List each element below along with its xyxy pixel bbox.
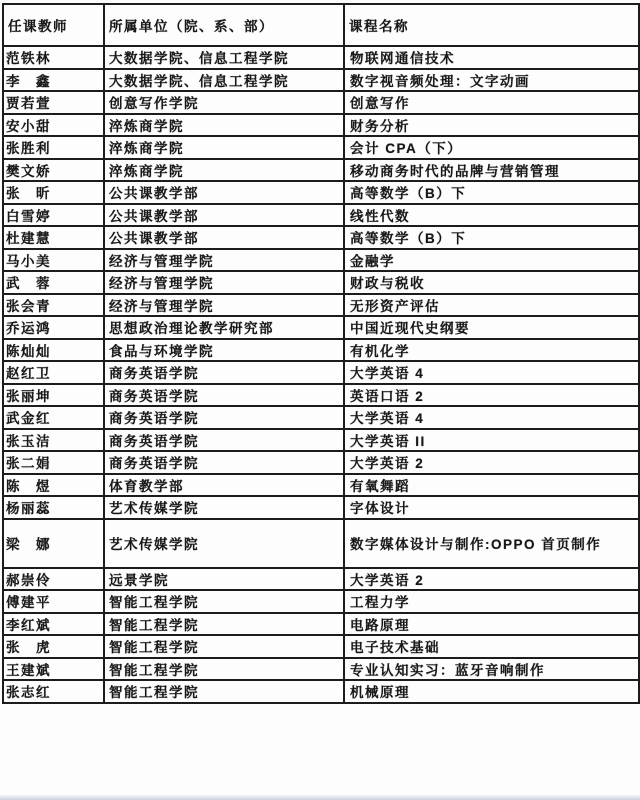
teacher-name-cell: 郝崇伶 [3,568,104,591]
teacher-name-cell: 张二娟 [3,451,104,474]
course-name-cell: 大学英语 4 [344,361,639,384]
table-row: 赵红卫 商务英语学院 大学英语 4 [3,361,639,384]
department-cell: 经济与管理学院 [104,249,344,272]
course-name-cell: 线性代数 [344,204,639,227]
teacher-name-cell: 王建斌 [3,658,104,681]
department-cell: 艺术传媒学院 [104,496,344,519]
department-cell: 公共课教学部 [104,181,344,204]
department-cell: 智能工程学院 [104,680,344,703]
teacher-name-cell: 武金红 [3,406,104,429]
teacher-name-cell: 傅建平 [3,590,104,613]
department-cell: 创意写作学院 [104,91,344,114]
teacher-name-cell: 陈 煜 [3,474,104,497]
department-cell: 远景学院 [104,568,344,591]
document-page: 任课教师 所属单位（院、系、部） 课程名称 范铁林 大数据学院、信息工程学院 物… [0,0,640,800]
course-name-cell: 专业认知实习：蓝牙音响制作 [344,658,639,681]
course-name-cell: 大学英语 2 [344,568,639,591]
teacher-name-cell: 武 蓉 [3,271,104,294]
table-row: 安小甜 淬炼商学院 财务分析 [3,114,639,137]
teacher-name-cell: 张玉洁 [3,429,104,452]
teacher-name-cell: 陈灿灿 [3,339,104,362]
course-name-cell: 数字视音频处理：文字动画 [344,69,639,92]
table-row: 范铁林 大数据学院、信息工程学院 物联网通信技术 [3,46,639,69]
table-row: 贾若萱 创意写作学院 创意写作 [3,91,639,114]
course-name-cell: 字体设计 [344,496,639,519]
course-name-cell: 工程力学 [344,590,639,613]
teacher-name-cell: 梁 娜 [3,519,104,568]
page-bottom-edge [0,795,640,800]
course-name-cell: 移动商务时代的品牌与营销管理 [344,159,639,182]
teacher-name-cell: 张 虎 [3,635,104,658]
teacher-name-cell: 杨丽蕊 [3,496,104,519]
column-header-teacher: 任课教师 [3,4,104,46]
course-name-cell: 大学英语 4 [344,406,639,429]
table-row: 傅建平 智能工程学院 工程力学 [3,590,639,613]
course-name-cell: 无形资产评估 [344,294,639,317]
department-cell: 大数据学院、信息工程学院 [104,46,344,69]
table-row: 杨丽蕊 艺术传媒学院 字体设计 [3,496,639,519]
department-cell: 智能工程学院 [104,658,344,681]
table-row: 郝崇伶 远景学院 大学英语 2 [3,568,639,591]
course-name-cell: 数字媒体设计与制作:OPPO 首页制作 [344,519,639,568]
department-cell: 智能工程学院 [104,613,344,636]
department-cell: 大数据学院、信息工程学院 [104,69,344,92]
teacher-name-cell: 张 昕 [3,181,104,204]
table-row: 武金红 商务英语学院 大学英语 4 [3,406,639,429]
table-row: 张丽坤 商务英语学院 英语口语 2 [3,384,639,407]
teacher-name-cell: 李红斌 [3,613,104,636]
department-cell: 商务英语学院 [104,429,344,452]
table-row: 张二娟 商务英语学院 大学英语 2 [3,451,639,474]
course-name-cell: 大学英语 2 [344,451,639,474]
department-cell: 体育教学部 [104,474,344,497]
header-row: 任课教师 所属单位（院、系、部） 课程名称 [3,4,639,46]
course-name-cell: 英语口语 2 [344,384,639,407]
course-name-cell: 财政与税收 [344,271,639,294]
table-row: 张玉洁 商务英语学院 大学英语 II [3,429,639,452]
course-name-cell: 创意写作 [344,91,639,114]
table-row: 杜建慧 公共课教学部 高等数学（B）下 [3,226,639,249]
teacher-name-cell: 张会青 [3,294,104,317]
table-row: 张志红 智能工程学院 机械原理 [3,680,639,703]
teacher-name-cell: 马小美 [3,249,104,272]
department-cell: 商务英语学院 [104,406,344,429]
table-row: 武 蓉 经济与管理学院 财政与税收 [3,271,639,294]
teacher-name-cell: 乔运鸿 [3,316,104,339]
course-name-cell: 电路原理 [344,613,639,636]
department-cell: 商务英语学院 [104,451,344,474]
table-body: 范铁林 大数据学院、信息工程学院 物联网通信技术 李 鑫 大数据学院、信息工程学… [3,46,639,703]
course-name-cell: 中国近现代史纲要 [344,316,639,339]
department-cell: 智能工程学院 [104,590,344,613]
department-cell: 经济与管理学院 [104,271,344,294]
course-name-cell: 电子技术基础 [344,635,639,658]
department-cell: 淬炼商学院 [104,114,344,137]
table-row: 樊文娇 淬炼商学院 移动商务时代的品牌与营销管理 [3,159,639,182]
course-name-cell: 大学英语 II [344,429,639,452]
teacher-name-cell: 张胜利 [3,136,104,159]
table-row: 白雪婷 公共课教学部 线性代数 [3,204,639,227]
department-cell: 淬炼商学院 [104,159,344,182]
teacher-name-cell: 白雪婷 [3,204,104,227]
table-row: 陈 煜 体育教学部 有氧舞蹈 [3,474,639,497]
table-row: 张胜利 淬炼商学院 会计 CPA（下） [3,136,639,159]
teacher-name-cell: 赵红卫 [3,361,104,384]
teacher-name-cell: 张丽坤 [3,384,104,407]
course-name-cell: 高等数学（B）下 [344,181,639,204]
table-row: 李 鑫 大数据学院、信息工程学院 数字视音频处理：文字动画 [3,69,639,92]
department-cell: 公共课教学部 [104,226,344,249]
department-cell: 经济与管理学院 [104,294,344,317]
table-row: 马小美 经济与管理学院 金融学 [3,249,639,272]
table-header: 任课教师 所属单位（院、系、部） 课程名称 [3,4,639,46]
course-assignment-table: 任课教师 所属单位（院、系、部） 课程名称 范铁林 大数据学院、信息工程学院 物… [2,3,640,704]
course-name-cell: 机械原理 [344,680,639,703]
course-name-cell: 金融学 [344,249,639,272]
teacher-name-cell: 贾若萱 [3,91,104,114]
department-cell: 思想政治理论教学研究部 [104,316,344,339]
table-row: 张会青 经济与管理学院 无形资产评估 [3,294,639,317]
table-row: 张 昕 公共课教学部 高等数学（B）下 [3,181,639,204]
course-name-cell: 有氧舞蹈 [344,474,639,497]
department-cell: 公共课教学部 [104,204,344,227]
department-cell: 食品与环境学院 [104,339,344,362]
department-cell: 智能工程学院 [104,635,344,658]
department-cell: 商务英语学院 [104,361,344,384]
teacher-name-cell: 范铁林 [3,46,104,69]
course-name-cell: 会计 CPA（下） [344,136,639,159]
table-row: 张 虎 智能工程学院 电子技术基础 [3,635,639,658]
department-cell: 艺术传媒学院 [104,519,344,568]
table-row: 李红斌 智能工程学院 电路原理 [3,613,639,636]
table-row: 乔运鸿 思想政治理论教学研究部 中国近现代史纲要 [3,316,639,339]
teacher-name-cell: 樊文娇 [3,159,104,182]
department-cell: 商务英语学院 [104,384,344,407]
table-row: 陈灿灿 食品与环境学院 有机化学 [3,339,639,362]
department-cell: 淬炼商学院 [104,136,344,159]
table-row: 王建斌 智能工程学院 专业认知实习：蓝牙音响制作 [3,658,639,681]
teacher-name-cell: 安小甜 [3,114,104,137]
course-name-cell: 财务分析 [344,114,639,137]
teacher-name-cell: 张志红 [3,680,104,703]
table-row: 梁 娜 艺术传媒学院 数字媒体设计与制作:OPPO 首页制作 [3,519,639,568]
column-header-department: 所属单位（院、系、部） [104,4,344,46]
course-name-cell: 物联网通信技术 [344,46,639,69]
teacher-name-cell: 杜建慧 [3,226,104,249]
teacher-name-cell: 李 鑫 [3,69,104,92]
course-name-cell: 有机化学 [344,339,639,362]
column-header-course: 课程名称 [344,4,639,46]
course-name-cell: 高等数学（B）下 [344,226,639,249]
